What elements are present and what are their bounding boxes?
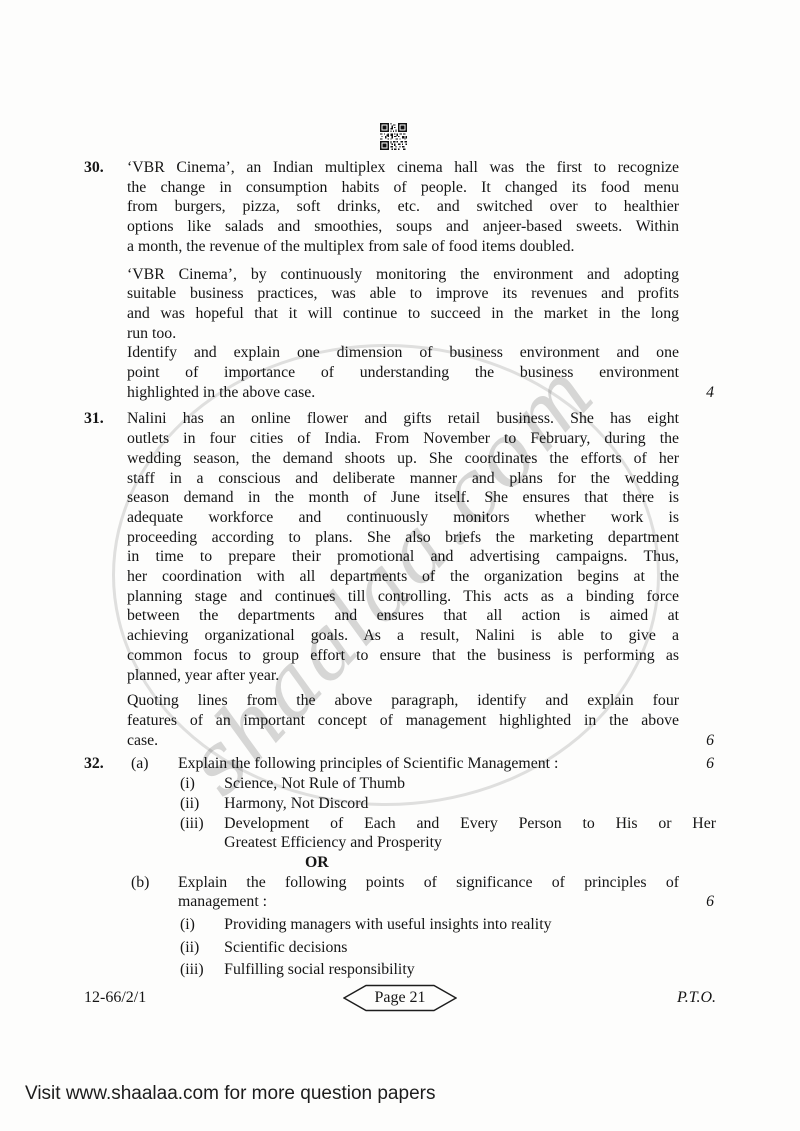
text-line: case. (127, 731, 679, 751)
part-b-item-2: (ii) Scientific decisions (178, 938, 716, 958)
text-line: from burgers, pizza, soft drinks, etc. a… (127, 197, 679, 217)
text-line: planned, year after year. (127, 666, 679, 686)
part-b-item-3-text: Fulfilling social responsibility (224, 960, 716, 980)
text-line: achieving organizational goals. As a res… (127, 626, 679, 646)
question-31-body: Nalini has an online flower and gifts re… (127, 409, 716, 750)
text-line: between the departments and ensures that… (127, 606, 679, 626)
part-b-item-3: (iii) Fulfilling social responsibility (178, 960, 716, 980)
part-a-item-2-text: Harmony, Not Discord (224, 794, 716, 814)
part-b-intro: Explain the following points of signific… (178, 873, 679, 912)
text-line: in time to prepare their promotional and… (127, 547, 679, 567)
question-32-number: 32. (84, 754, 127, 980)
text-line: management : (178, 892, 679, 912)
question-31-number: 31. (84, 409, 127, 750)
part-a-item-3-number: (iii) (178, 814, 224, 853)
text-line: wedding season, the demand shoots up. Sh… (127, 449, 679, 469)
text-line: highlighted in the above case. (127, 383, 679, 403)
text-line: adequate workforce and continuously moni… (127, 508, 679, 528)
page-number-badge: Page 21 (343, 984, 457, 1012)
part-a-item-3: (iii) Development of Each and Every Pers… (178, 814, 716, 853)
question-30-paragraph-2: ‘VBR Cinema’, by continuously monitoring… (127, 265, 679, 344)
question-32-body: (a) Explain the following principles of … (127, 754, 716, 980)
text-line: point of importance of understanding the… (127, 363, 679, 383)
question-30-marks: 4 (706, 383, 714, 403)
text-line: Providing managers with useful insights … (224, 915, 716, 935)
question-32-part-b: (b) Explain the following points of sign… (127, 873, 716, 981)
part-b-body: Explain the following points of signific… (178, 873, 716, 981)
question-31-marks: 6 (706, 731, 714, 751)
question-32-part-a: (a) Explain the following principles of … (127, 754, 716, 853)
text-line: Scientific decisions (224, 938, 716, 958)
question-32: 32. (a) Explain the following principles… (84, 754, 716, 980)
part-b-item-2-text: Scientific decisions (224, 938, 716, 958)
text-line: ‘VBR Cinema’, an Indian multiplex cinema… (127, 158, 679, 178)
text-line: common focus to group effort to ensure t… (127, 646, 679, 666)
part-b-item-2-number: (ii) (178, 938, 224, 958)
text-line: Development of Each and Every Person to … (224, 814, 716, 834)
part-a-item-2-number: (ii) (178, 794, 224, 814)
part-b-item-1: (i) Providing managers with useful insig… (178, 915, 716, 935)
text-line: Science, Not Rule of Thumb (224, 774, 716, 794)
part-b-marks: 6 (706, 892, 714, 912)
question-30-paragraph-1: ‘VBR Cinema’, an Indian multiplex cinema… (127, 158, 679, 257)
part-a-label: (a) (127, 754, 178, 853)
text-line: Identify and explain one dimension of bu… (127, 343, 679, 363)
text-line: season demand in the month of June itsel… (127, 488, 679, 508)
text-line: proceeding according to plans. She also … (127, 528, 679, 548)
page-number-label: Page 21 (343, 984, 457, 1012)
page-footer: 12-66/2/1 Page 21 P.T.O. (84, 984, 716, 1012)
pto-label: P.T.O. (677, 989, 716, 1007)
part-a-intro: Explain the following principles of Scie… (178, 754, 679, 774)
part-b-item-1-text: Providing managers with useful insights … (224, 915, 716, 935)
text-line: her coordination with all departments of… (127, 567, 679, 587)
question-31-paragraph: Nalini has an online flower and gifts re… (127, 409, 679, 685)
part-a-marks: 6 (706, 754, 714, 774)
text-line: ‘VBR Cinema’, by continuously monitoring… (127, 265, 679, 285)
text-line: run too. (127, 324, 679, 344)
text-line: planning stage and continues till contro… (127, 587, 679, 607)
part-a-item-1: (i) Science, Not Rule of Thumb (178, 774, 716, 794)
question-30: 30. ‘VBR Cinema’, an Indian multiplex ci… (84, 158, 716, 402)
part-b-label: (b) (127, 873, 178, 981)
text-line: outlets in four cities of India. From No… (127, 429, 679, 449)
paper-code: 12-66/2/1 (84, 989, 146, 1007)
text-line: the change in consumption habits of peop… (127, 178, 679, 198)
part-b-item-1-number: (i) (178, 915, 224, 935)
text-line: Explain the following principles of Scie… (178, 754, 679, 774)
question-31-task: Quoting lines from the above paragraph, … (127, 691, 679, 750)
part-a-item-1-number: (i) (178, 774, 224, 794)
text-line: Greatest Efficiency and Prosperity (224, 833, 716, 853)
text-line: features of an important concept of mana… (127, 711, 679, 731)
text-line: Nalini has an online flower and gifts re… (127, 409, 679, 429)
page-content: 30. ‘VBR Cinema’, an Indian multiplex ci… (84, 0, 716, 1040)
text-line: Explain the following points of signific… (178, 873, 679, 893)
text-line: a month, the revenue of the multiplex fr… (127, 237, 679, 257)
part-a-body: Explain the following principles of Scie… (178, 754, 716, 853)
text-line: and was hopeful that it will continue to… (127, 304, 679, 324)
text-line: suitable business practices, was able to… (127, 284, 679, 304)
question-30-task: Identify and explain one dimension of bu… (127, 343, 679, 402)
part-b-item-3-number: (iii) (178, 960, 224, 980)
question-30-number: 30. (84, 158, 127, 402)
text-line: options like salads and smoothies, soups… (127, 217, 679, 237)
exam-paper-page: shaalaa.com (0, 0, 800, 1131)
question-30-body: ‘VBR Cinema’, an Indian multiplex cinema… (127, 158, 716, 402)
part-a-item-3-text: Development of Each and Every Person to … (224, 814, 716, 853)
text-line: Harmony, Not Discord (224, 794, 716, 814)
shaalaa-banner: Visit www.shaalaa.com for more question … (25, 1083, 435, 1105)
or-separator: OR (305, 853, 329, 873)
part-a-item-1-text: Science, Not Rule of Thumb (224, 774, 716, 794)
text-line: staff in a conscious and deliberate mann… (127, 469, 679, 489)
text-line: Fulfilling social responsibility (224, 960, 716, 980)
text-line: Quoting lines from the above paragraph, … (127, 691, 679, 711)
question-31: 31. Nalini has an online flower and gift… (84, 409, 716, 750)
part-a-item-2: (ii) Harmony, Not Discord (178, 794, 716, 814)
